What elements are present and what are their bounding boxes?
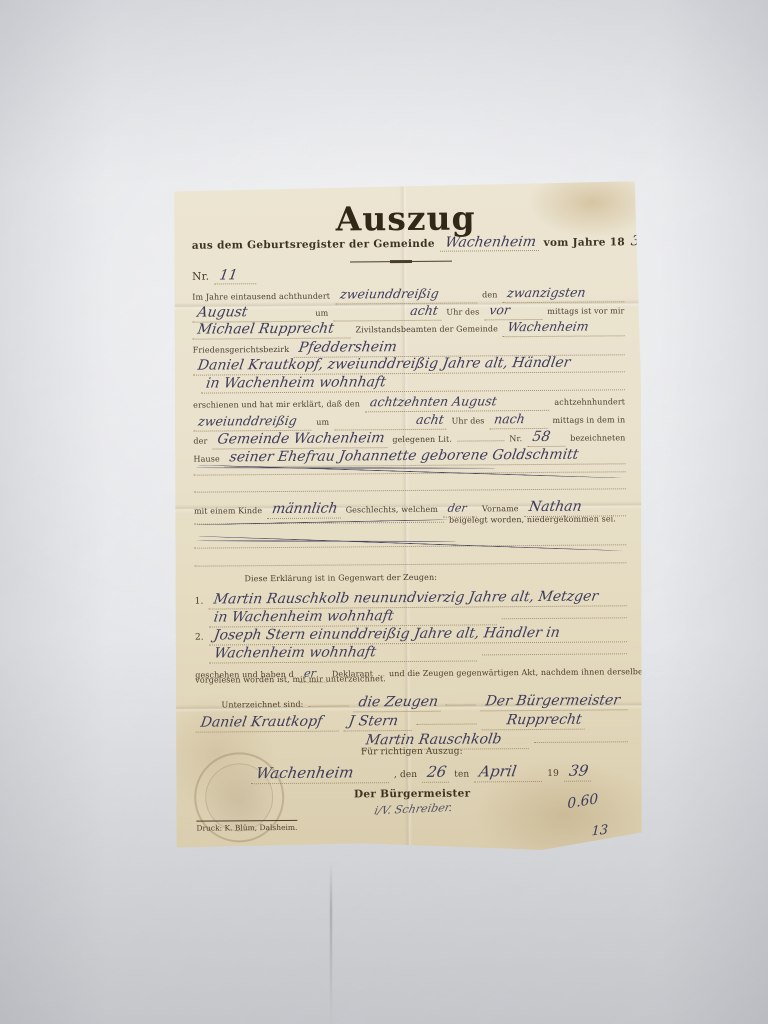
handwritten-year: 39 bbox=[568, 764, 589, 779]
printed-text: beigelegt worden, niedergekommen sei. bbox=[449, 515, 616, 525]
printed-text: Uhr des bbox=[452, 417, 485, 426]
handwritten-month: April bbox=[478, 764, 517, 779]
printer-credit-line: Druck: K. Blüm, Dalsheim. bbox=[196, 817, 628, 832]
nr-label: Nr. bbox=[192, 271, 209, 283]
subtitle-printed: aus dem Geburtsregister der Gemeinde bbox=[192, 238, 435, 252]
printed-text: achtzehnhundert bbox=[554, 398, 625, 407]
printed-text: Zivilstandsbeamten der Gemeinde bbox=[356, 325, 498, 335]
handwritten-entry: Der Bürgermeister bbox=[485, 693, 622, 708]
handwritten-entry: Wachenheim wohnhaft bbox=[213, 645, 377, 660]
handwritten-entry: der bbox=[447, 503, 467, 514]
printed-text: vorgelesen worden ist, mit mir unterzeic… bbox=[195, 675, 386, 685]
subtitle-line: aus dem Geburtsregister der Gemeinde Wac… bbox=[192, 234, 624, 253]
printed-text: Hause bbox=[194, 455, 220, 464]
handwritten-entry: nach bbox=[494, 413, 526, 426]
document-title: Auszug bbox=[172, 197, 640, 240]
handwritten-entry: die Zeugen bbox=[358, 695, 440, 710]
printed-text: 19 bbox=[547, 770, 559, 780]
printed-text: mit einem Kinde bbox=[194, 507, 262, 516]
signature-witness-1: Martin Rauschkolb bbox=[365, 732, 503, 747]
photo-of-document: Auszug aus dem Geburtsregister der Gemei… bbox=[0, 0, 768, 1024]
printed-text: mittags in dem in bbox=[552, 416, 625, 425]
handwritten-entry: acht bbox=[415, 414, 444, 427]
printed-text: Nr. bbox=[509, 435, 522, 444]
handwritten-entry: zweiunddreißig bbox=[197, 415, 297, 428]
blank-line-struck-2 bbox=[194, 487, 626, 492]
handwritten-entry: vor bbox=[488, 304, 510, 317]
header-divider-thick bbox=[390, 260, 412, 263]
signature-mayor-deputy: i/V. Schreiber. bbox=[374, 802, 454, 816]
handwritten-entry: männlich bbox=[271, 502, 339, 517]
handwritten-entry: Michael Rupprecht bbox=[197, 322, 335, 337]
printed-text: der bbox=[193, 438, 207, 447]
blank-line-struck-4 bbox=[194, 561, 626, 566]
signature-declarant: Daniel Krautkopf bbox=[200, 715, 324, 730]
printer-credit: Druck: K. Blüm, Dalsheim. bbox=[196, 820, 297, 833]
printed-text: Vorname bbox=[482, 505, 519, 514]
handwritten-entry: seiner Ehefrau Johannette geborene Golds… bbox=[229, 448, 580, 465]
handwritten-entry: in Wachenheim wohnhaft bbox=[213, 609, 395, 624]
subtitle-printed-2: vom Jahre 18 bbox=[544, 236, 625, 249]
handwritten-entry: Gemeinde Wachenheim bbox=[216, 431, 385, 446]
printed-text: Diese Erklärung ist in Gegenwart der Zeu… bbox=[244, 574, 437, 584]
subtitle-gemeinde-handwritten: Wachenheim bbox=[440, 235, 541, 252]
margin-note-number: 13 bbox=[592, 823, 609, 840]
handwritten-entry: 58 bbox=[531, 430, 551, 444]
handwritten-entry: achtzehnten August bbox=[369, 395, 498, 409]
printed-text: gelegenen Lit. bbox=[392, 436, 452, 445]
printed-text: , den bbox=[394, 771, 417, 781]
printed-text: Für richtigen Auszug: bbox=[361, 748, 463, 759]
closing-line-2: vorgelesen worden ist, mit mir unterzeic… bbox=[195, 673, 627, 685]
signature-mayor: Rupprecht bbox=[506, 713, 583, 728]
printed-text: ten bbox=[454, 771, 469, 781]
handwritten-entry: acht bbox=[410, 305, 439, 318]
handwritten-entry: Wachenheim bbox=[507, 321, 590, 334]
handwritten-day: 26 bbox=[426, 765, 447, 780]
printed-text: um bbox=[316, 419, 329, 428]
witness-heading-line: Diese Erklärung ist in Gegenwart der Zeu… bbox=[194, 572, 626, 584]
printed-text: Der Bürgermeister bbox=[354, 788, 471, 801]
handwritten-entry: in Wachenheim wohnhaft bbox=[205, 375, 387, 390]
handwritten-entry: Nathan bbox=[528, 500, 583, 514]
signature-witness-2: J Stern bbox=[348, 714, 399, 728]
form-line-house-2: Hause seiner Ehefrau Johannette geborene… bbox=[193, 443, 625, 467]
printed-text: bezeichneten bbox=[570, 434, 625, 443]
wall-crack bbox=[330, 862, 332, 1024]
printed-text: Geschlechts, welchem bbox=[346, 506, 438, 516]
document-paper: Auszug aus dem Geburtsregister der Gemei… bbox=[171, 181, 644, 853]
nr-value-handwritten: 11 bbox=[214, 268, 258, 284]
printed-text: Unterzeichnet sind: bbox=[221, 701, 303, 710]
